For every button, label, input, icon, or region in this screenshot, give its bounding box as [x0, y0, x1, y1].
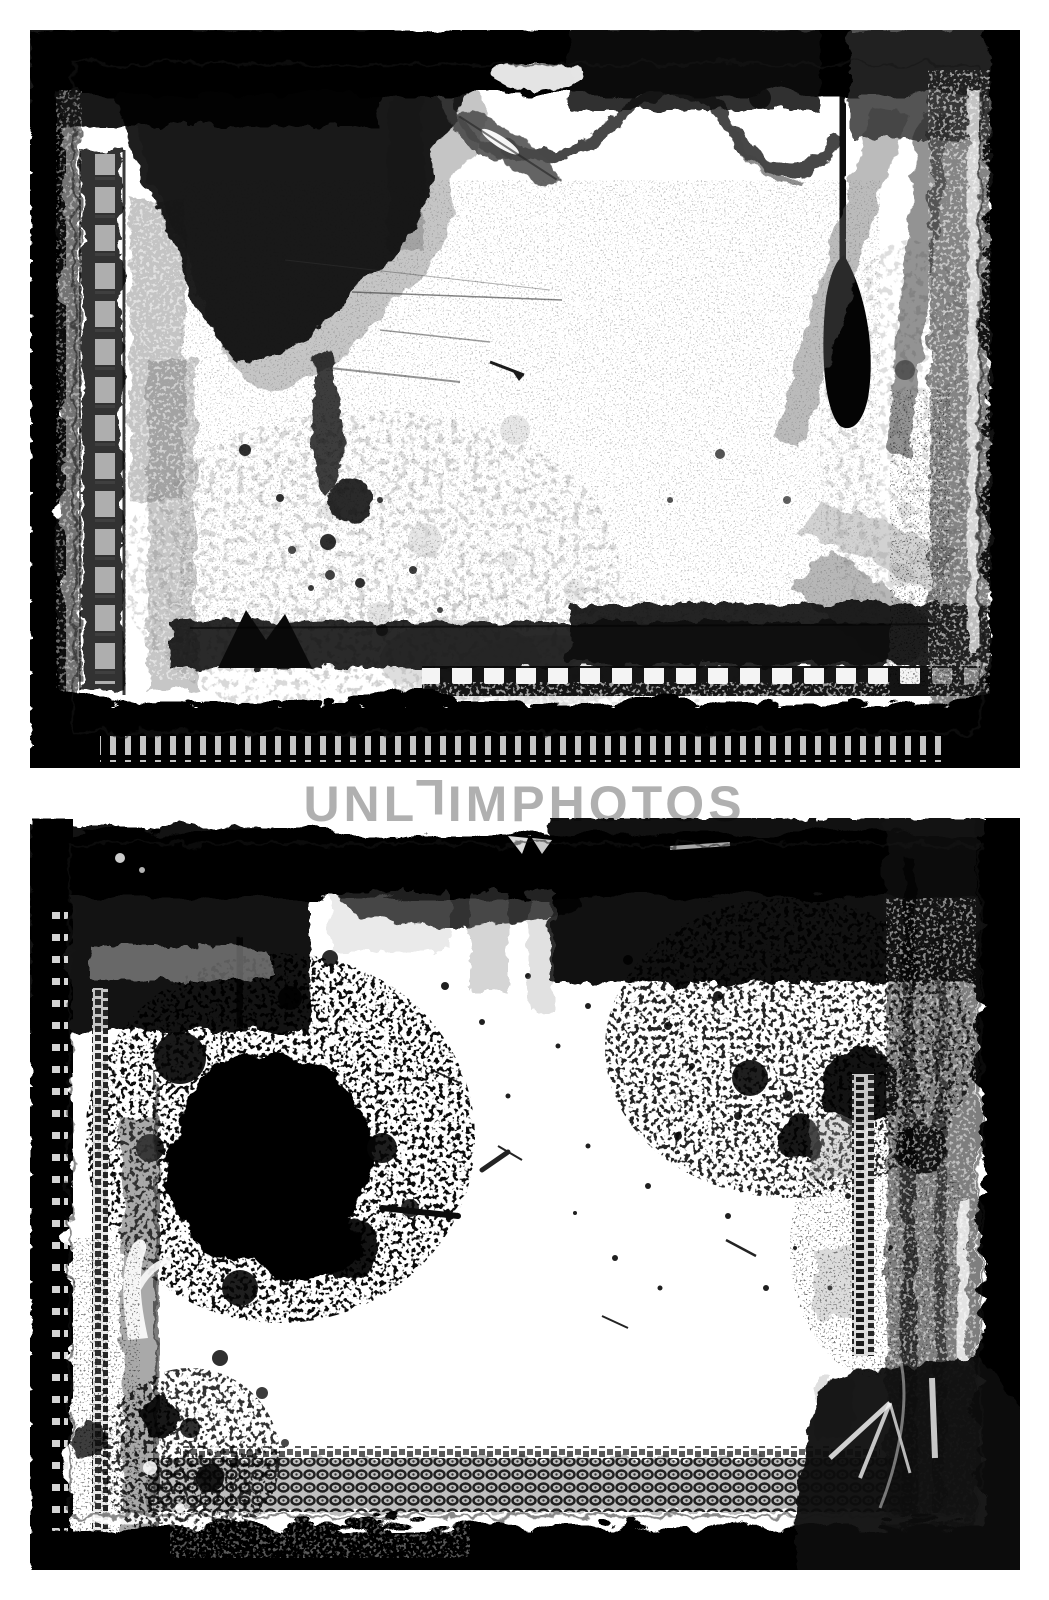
border-right: [890, 30, 1020, 768]
grunge-frame-top: [30, 30, 1020, 768]
grunge-frame-top-art: [30, 30, 1020, 768]
border-top: [30, 30, 1020, 140]
grunge-frames-image: UNLLIMPHOTOS: [0, 0, 1049, 1600]
comb-teeth-row: [100, 736, 950, 762]
film-strip-left: [80, 150, 124, 695]
grunge-frame-bottom-art: [30, 818, 1020, 1570]
watermark-flipped-letter: L: [411, 772, 446, 822]
grunge-frame-bottom: [30, 818, 1020, 1570]
zipper-strip-right: [852, 1074, 874, 1356]
comb-teeth-column: [52, 898, 68, 1538]
border-bottom: [30, 1358, 1020, 1570]
